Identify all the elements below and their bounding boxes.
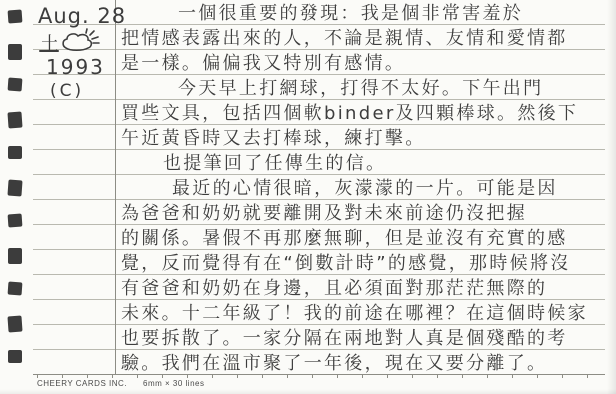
binding-hole — [8, 78, 23, 92]
ruler-tick — [37, 374, 38, 378]
ruler-tick — [187, 374, 188, 378]
diary-line: 一個很重要的發現：我是個非常害羞於 — [178, 3, 523, 25]
year-text: 1993 — [46, 55, 105, 79]
diary-line: 也提筆回了任傳生的信。 — [163, 153, 386, 175]
binding-hole — [7, 316, 22, 333]
binding-hole — [8, 248, 22, 264]
diary-line: 最近的心情很暗，灰濛濛的一片。可能是因 — [172, 178, 558, 200]
paper-spec-text: 6mm × 30 lines — [143, 379, 204, 388]
ruler-tick — [112, 374, 113, 378]
ruler-tick — [387, 374, 388, 378]
paper-brand-footer: CHEERY CARDS INC. 6mm × 30 lines — [37, 379, 204, 388]
margin-divider-line — [115, 0, 116, 375]
ruler-tick — [537, 374, 538, 378]
diary-line: 有爸爸和奶奶在身邊，且必須面對那茫茫無際的 — [121, 278, 547, 300]
ruler-tick — [587, 374, 588, 378]
diary-line: 覺，反而覺得有在“倒數計時”的感覺，那時候將沒 — [121, 253, 571, 275]
ruler-tick — [412, 374, 413, 378]
ruler-tick — [312, 374, 313, 378]
binding-hole — [8, 44, 22, 60]
ruler-tick — [237, 374, 238, 378]
ruler-tick — [62, 374, 63, 378]
date-text: Aug. 28 — [38, 4, 126, 28]
binding-hole — [8, 282, 23, 296]
binding-hole — [7, 180, 22, 197]
binding-hole — [8, 214, 23, 228]
brand-text: CHEERY CARDS INC. — [37, 379, 127, 388]
margin-note: (C) — [50, 81, 84, 101]
binding-hole — [7, 112, 22, 129]
ruler-tick — [462, 374, 463, 378]
diary-line: 為爸爸和奶奶就要離開及對未來前途仍沒把握 — [121, 203, 527, 225]
ruler-tick — [137, 374, 138, 378]
ruler-tick — [337, 374, 338, 378]
ruler-tick — [162, 374, 163, 378]
ruler-tick — [512, 374, 513, 378]
diary-line: 今天早上打網球，打得不太好。下午出門 — [178, 78, 543, 100]
diary-page: Aug. 28 土 1993 (C) 一個很重要的發現：我是個非常害羞於 把情感… — [0, 0, 616, 394]
diary-line: 也要拆散了。一家分隔在兩地對人真是個殘酷的考 — [121, 328, 568, 350]
ruler-tick — [362, 374, 363, 378]
ruler-tick — [562, 374, 563, 378]
binding-hole — [8, 10, 23, 24]
diary-line: 買些文具，包括四個軟binder及四顆棒球。然後下 — [121, 103, 578, 125]
ruler-tick — [487, 374, 488, 378]
ruler-tick — [87, 374, 88, 378]
page-edge-right — [607, 0, 616, 394]
ruler-tick — [262, 374, 263, 378]
diary-line: 的關係。暑假不再那麼無聊，但是並沒有充實的感 — [121, 228, 568, 250]
weekday-underline — [39, 50, 59, 52]
diary-line: 午近黃昏時又去打棒球，練打擊。 — [121, 128, 426, 150]
page-edge-bottom — [0, 389, 616, 394]
ruler-tick — [212, 374, 213, 378]
binding-hole — [8, 350, 22, 363]
diary-line: 把情感表露出來的人，不論是親情、友情和愛情都 — [121, 28, 568, 50]
ruler-tick — [287, 374, 288, 378]
diary-line: 未來。十二年級了！我的前途在哪裡？在這個時候家 — [121, 303, 588, 325]
ruler-tick — [437, 374, 438, 378]
diary-line: 是一樣。偏偏我又特別有感情。 — [121, 53, 405, 75]
diary-line: 驗。我們在溫市聚了一年後，現在又要分離了。 — [121, 353, 547, 375]
binding-hole — [8, 146, 22, 159]
